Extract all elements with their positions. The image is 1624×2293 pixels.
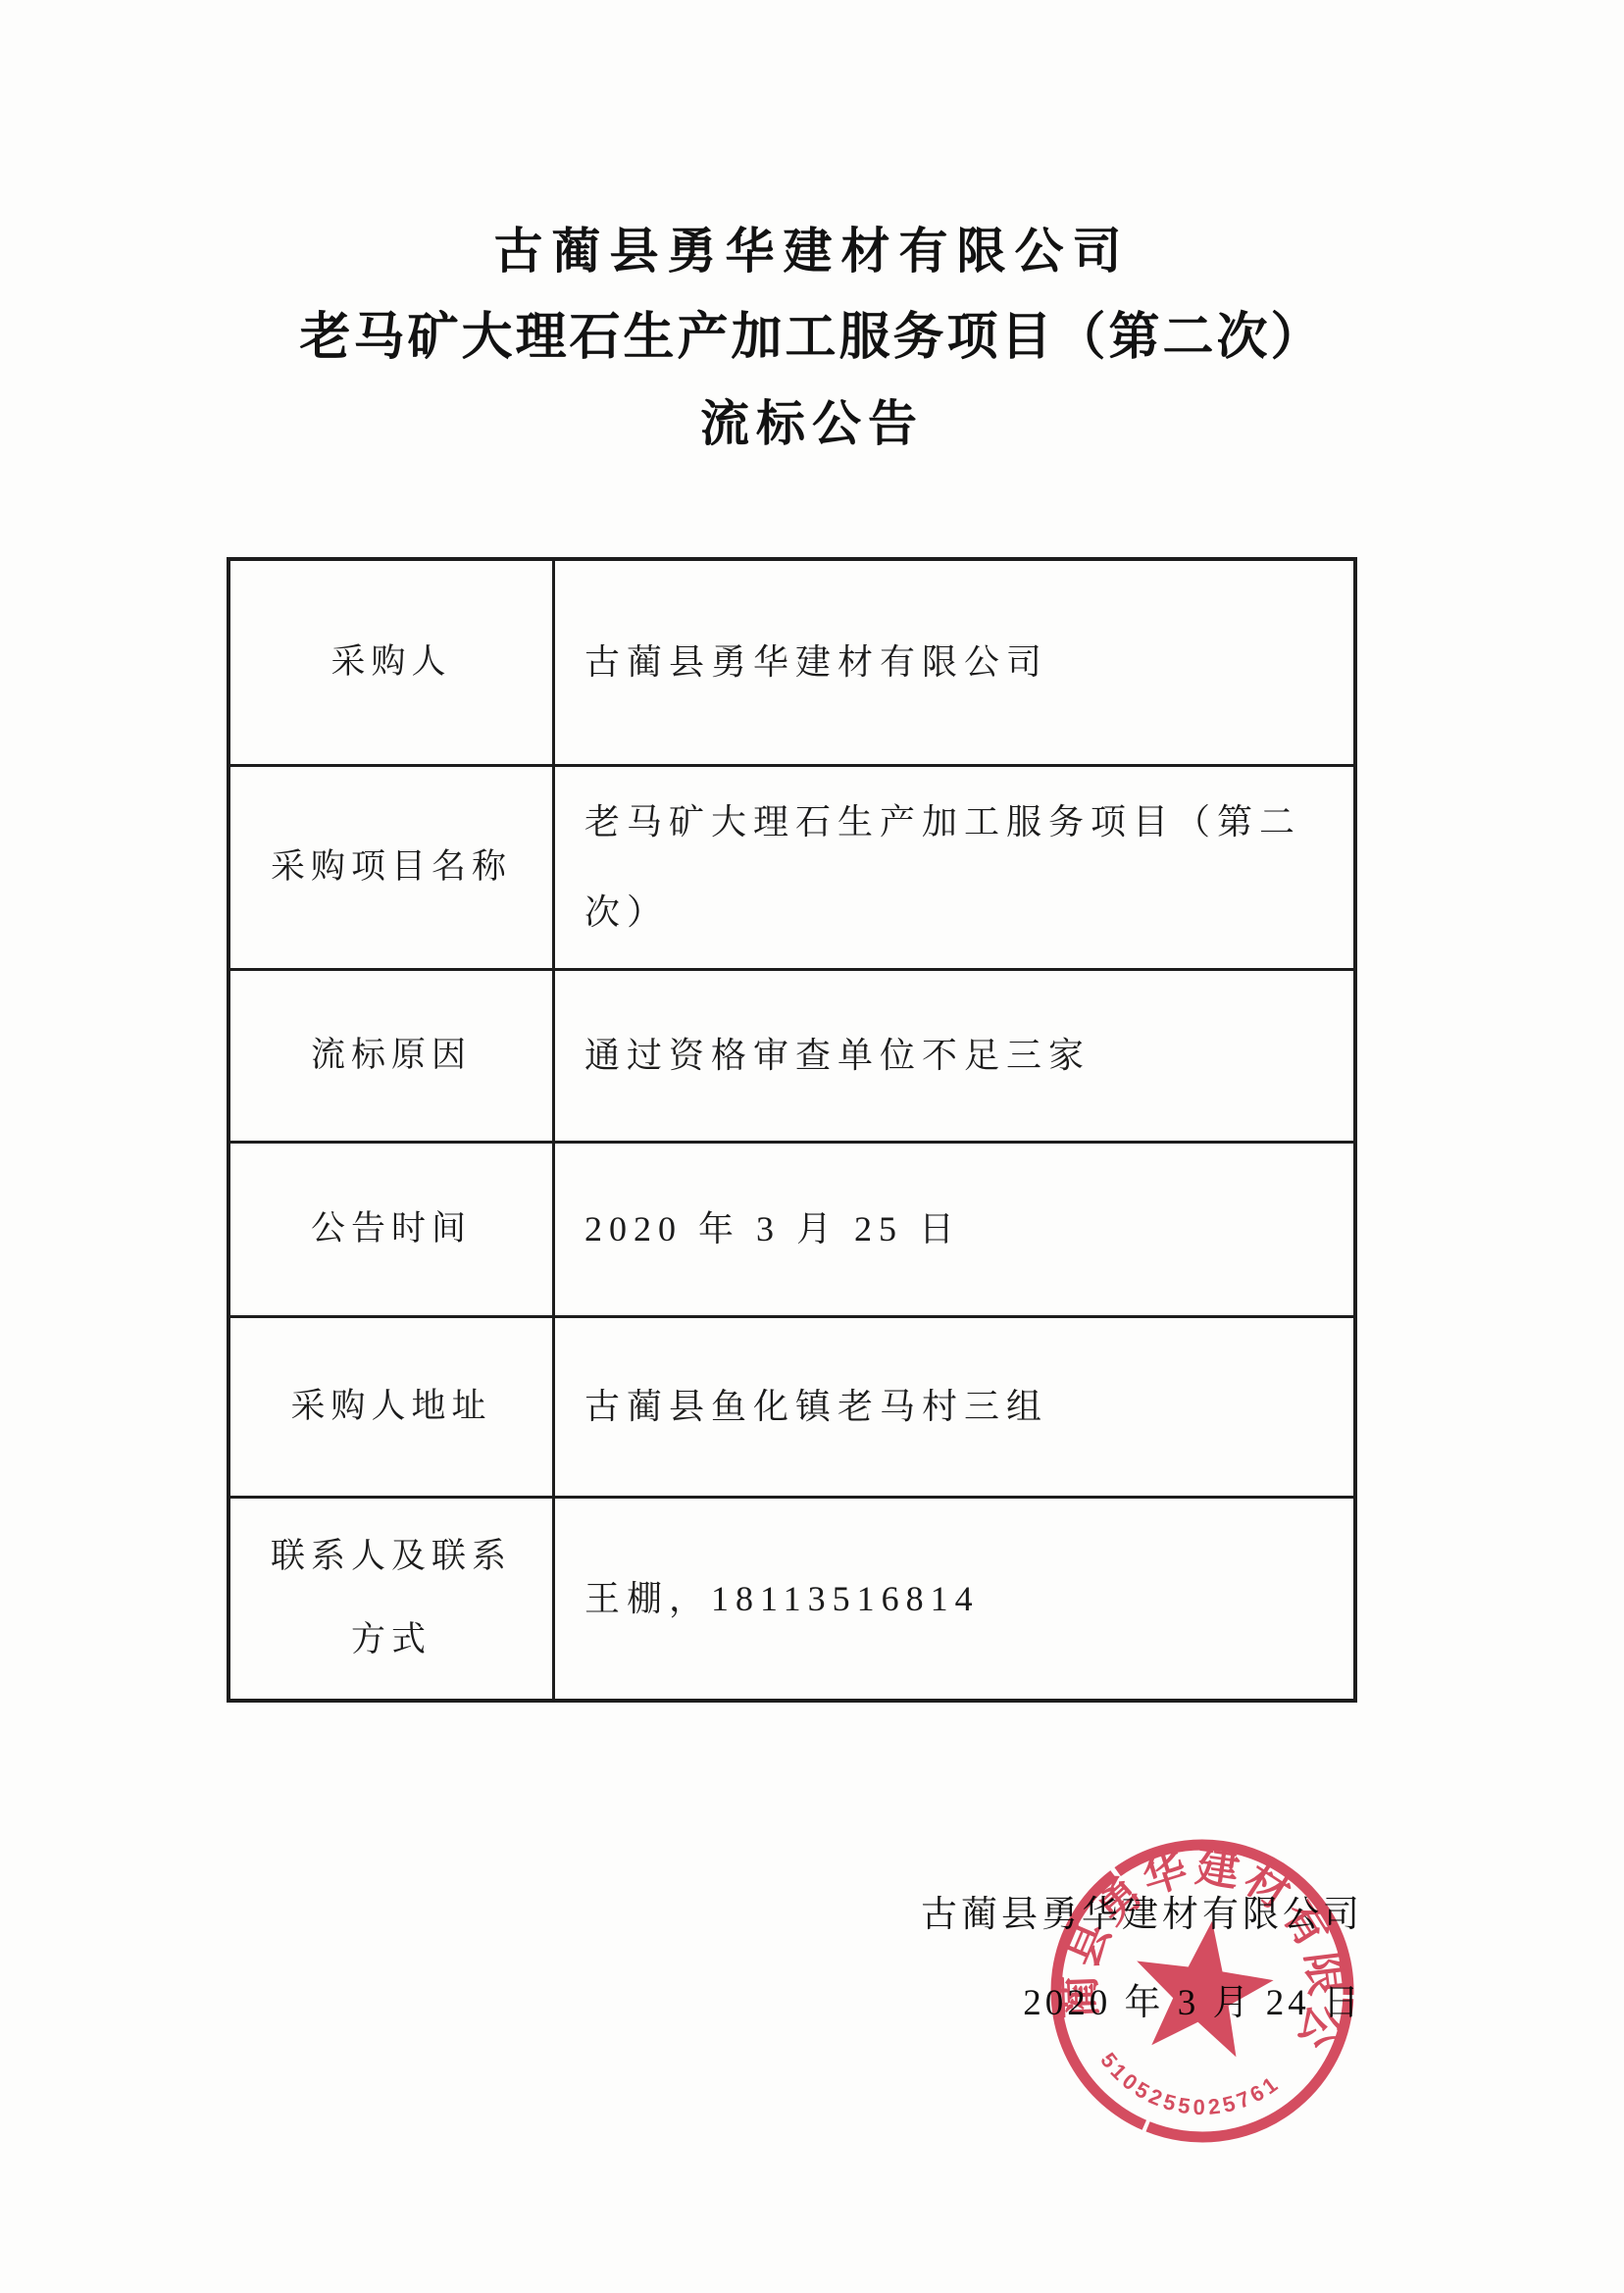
row-label-text: 公告时间 <box>231 1203 551 1254</box>
table-row-purchaser-address: 采购人地址 古蔺县鱼化镇老马村三组 <box>228 1316 1355 1497</box>
signature-company: 古蔺县勇华建材有限公司 <box>921 1871 1363 1960</box>
row-label-text: 采购项目名称 <box>231 841 551 892</box>
row-value-text: 2020 年 3 月 25 日 <box>584 1203 1314 1254</box>
row-value-text: 次） <box>584 887 1314 938</box>
title-line-company: 古蔺县勇华建材有限公司 <box>0 208 1624 294</box>
row-label-text: 采购人地址 <box>231 1381 551 1432</box>
row-label-text: 联系人及联系 <box>231 1531 551 1582</box>
title-line-project: 老马矿大理石生产加工服务项目（第二次） <box>0 294 1624 381</box>
row-value: 2020 年 3 月 25 日 <box>554 1142 1356 1316</box>
row-value-text: 古蔺县勇华建材有限公司 <box>584 637 1314 688</box>
row-value-text: 老马矿大理石生产加工服务项目（第二 <box>584 796 1314 847</box>
row-value-text: 王棚，18113516814 <box>584 1573 1314 1624</box>
row-label: 采购人 <box>228 559 554 765</box>
table-row-contact: 联系人及联系 方式 王棚，18113516814 <box>228 1497 1355 1701</box>
row-value: 老马矿大理石生产加工服务项目（第二 次） <box>554 765 1356 969</box>
row-label-text: 方式 <box>231 1614 551 1665</box>
seal-number-arc-text: 5105255025761 <box>1090 2046 1287 2131</box>
row-value: 王棚，18113516814 <box>554 1497 1356 1701</box>
table-row-announcement-time: 公告时间 2020 年 3 月 25 日 <box>228 1142 1355 1316</box>
row-label: 联系人及联系 方式 <box>228 1497 554 1701</box>
row-label: 流标原因 <box>228 969 554 1142</box>
row-label: 采购人地址 <box>228 1316 554 1497</box>
row-value-text: 古蔺县鱼化镇老马村三组 <box>584 1381 1314 1432</box>
row-label: 公告时间 <box>228 1142 554 1316</box>
row-label-text: 流标原因 <box>231 1030 551 1081</box>
svg-text:5105255025761: 5105255025761 <box>1090 2046 1287 2131</box>
row-value-text: 通过资格审查单位不足三家 <box>584 1030 1314 1081</box>
document-page: 古蔺县勇华建材有限公司 老马矿大理石生产加工服务项目（第二次） 流标公告 采购人… <box>0 0 1624 2293</box>
row-label-text: 采购人 <box>231 637 551 688</box>
table-row-failure-reason: 流标原因 通过资格审查单位不足三家 <box>228 969 1355 1142</box>
row-value: 古蔺县勇华建材有限公司 <box>554 559 1356 765</box>
table-row-project-name: 采购项目名称 老马矿大理石生产加工服务项目（第二 次） <box>228 765 1355 969</box>
signature-block: 古蔺县勇华建材有限公司 2020 年 3 月 24 日 <box>921 1871 1363 2048</box>
row-label: 采购项目名称 <box>228 765 554 969</box>
signature-date: 2020 年 3 月 24 日 <box>921 1960 1363 2048</box>
row-value: 通过资格审查单位不足三家 <box>554 969 1356 1142</box>
row-value: 古蔺县鱼化镇老马村三组 <box>554 1316 1356 1497</box>
title-line-announcement: 流标公告 <box>0 381 1624 467</box>
table-row-purchaser: 采购人 古蔺县勇华建材有限公司 <box>228 559 1355 765</box>
document-title: 古蔺县勇华建材有限公司 老马矿大理石生产加工服务项目（第二次） 流标公告 <box>0 208 1624 467</box>
announcement-table: 采购人 古蔺县勇华建材有限公司 采购项目名称 老马矿大理石生产加工服务项目（第二… <box>227 557 1357 1703</box>
